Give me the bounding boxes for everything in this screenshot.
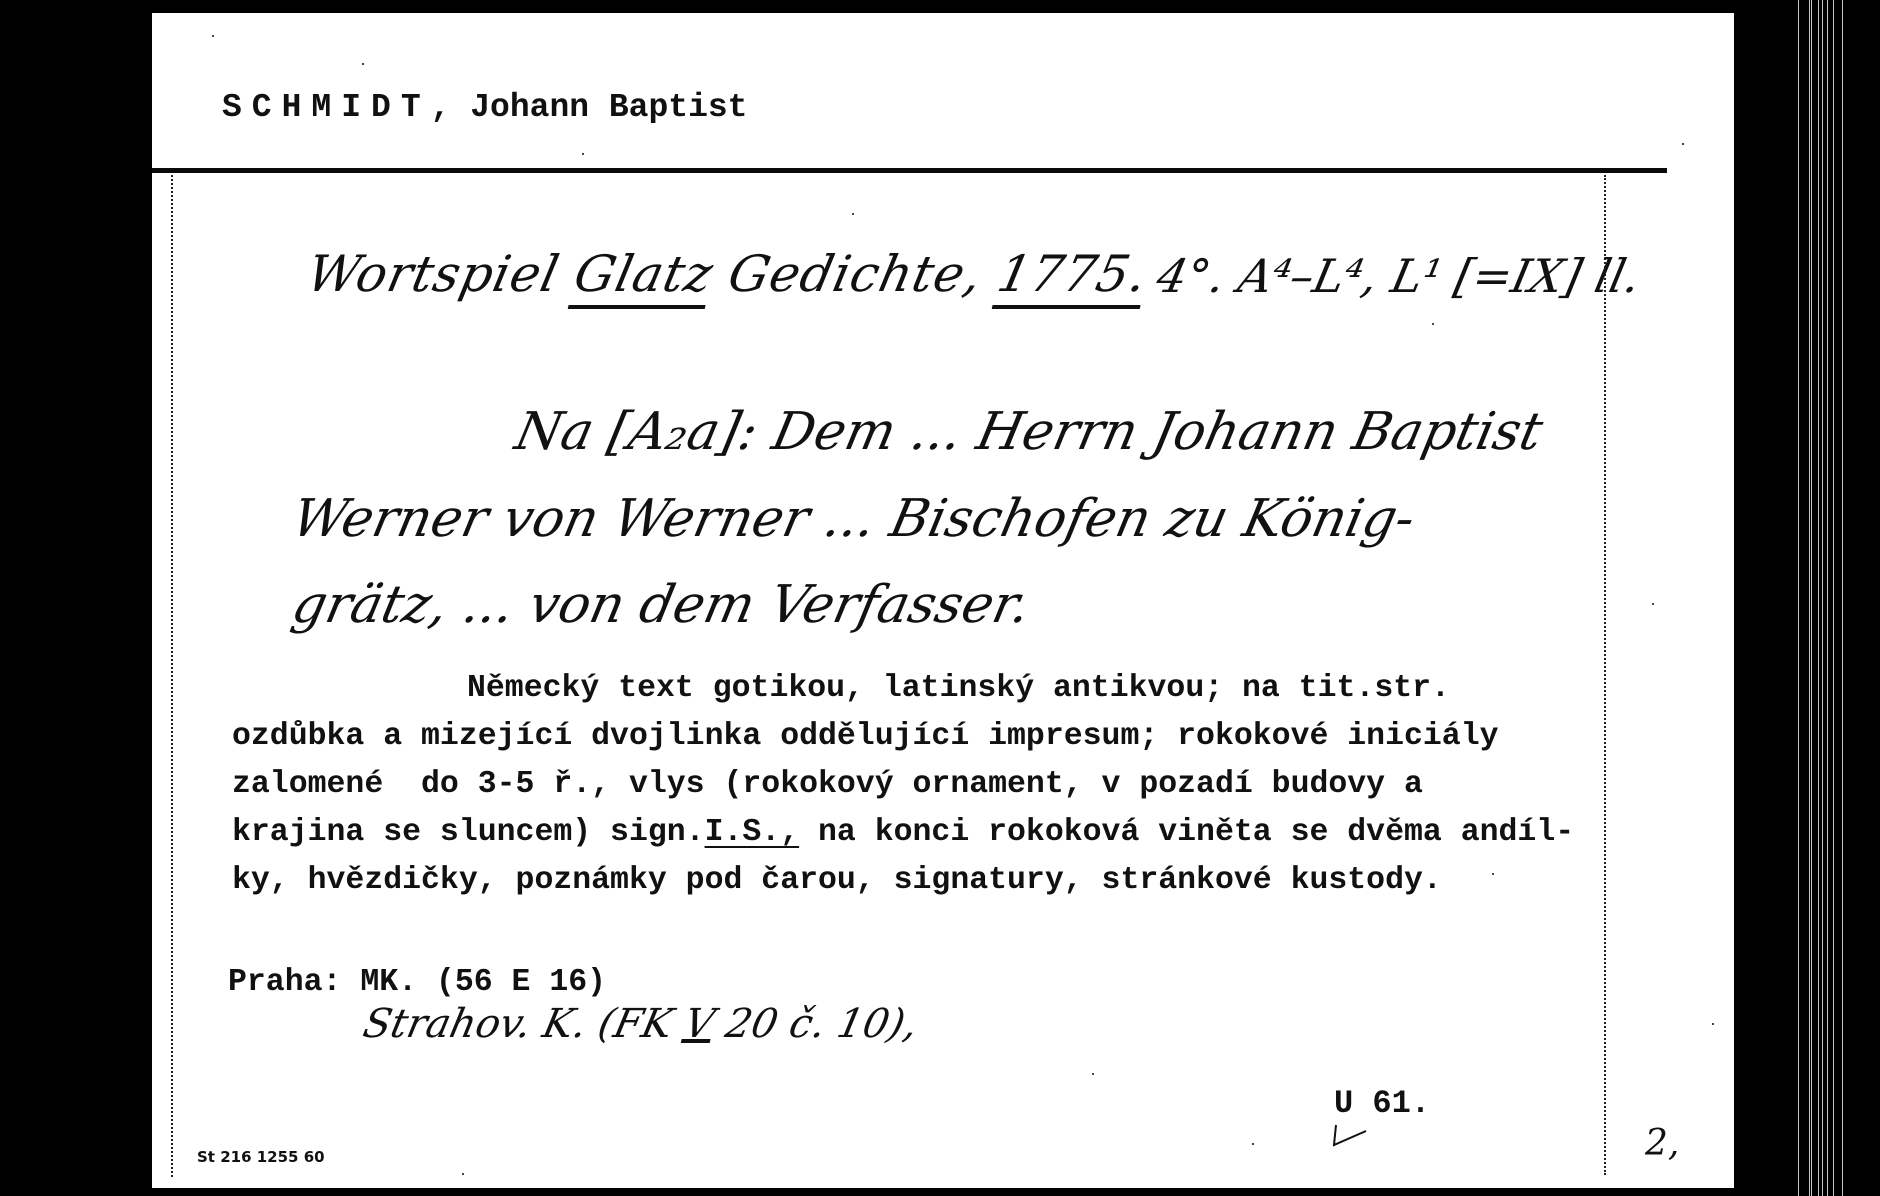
checkmark-icon <box>1332 1123 1372 1147</box>
description-line-4-after: na konci rokoková viněta se dvěma andíl- <box>799 815 1574 850</box>
publication-year: 1775. <box>991 245 1153 309</box>
description-line-4: krajina se sluncem) sign.I.S., na konci … <box>232 809 1574 857</box>
description-line-3: zalomené do 3-5 ř., vlys (rokokový ornam… <box>232 761 1423 809</box>
author-given-names: , Johann Baptist <box>431 89 748 126</box>
header-rule <box>152 168 1667 173</box>
dedication-line-1: Na [A₂a]: Dem ... Herrn Johann Baptist <box>507 388 1551 476</box>
left-margin-line <box>171 175 173 1177</box>
description-line-4-before: krajina se sluncem) sign. <box>232 815 705 850</box>
print-code: St 216 1255 60 <box>197 1148 325 1166</box>
dedication-line-2: Werner von Werner ... Bischofen zu König… <box>284 475 1423 563</box>
signet-underlined: I.S., <box>705 815 800 850</box>
catalog-card: SCHMIDT, Johann Baptist Wortspiel Glatz … <box>152 13 1734 1188</box>
author-surname: SCHMIDT <box>222 89 431 126</box>
scan-artifact-stripes <box>1780 0 1860 1196</box>
description-line-1: Německý text gotikou, latinský antikvou;… <box>467 665 1450 713</box>
holdings-typed: Praha: MK. (56 E 16) <box>228 965 606 1000</box>
dedication-line-3: grätz, ... von dem Verfasser. <box>284 561 1038 649</box>
holdings-hand-after: 20 č. 10), <box>709 1001 922 1047</box>
right-margin-line <box>1604 175 1606 1175</box>
collation: 4°. A⁴–L⁴, L¹ [=IX] ll. <box>1152 249 1646 303</box>
title-part2: Gedichte, <box>706 245 1004 303</box>
holdings-handwritten: Strahov. K. (FK V 20 č. 10), <box>359 1001 922 1047</box>
holdings-hand-before: Strahov. K. (FK <box>359 1001 690 1047</box>
title-underlined: Glatz <box>568 245 719 309</box>
card-number: 2, <box>1645 1123 1679 1164</box>
handwritten-title: Wortspiel Glatz Gedichte, 1775. <box>302 245 1153 303</box>
title-part1: Wortspiel <box>302 245 582 303</box>
card-heading: SCHMIDT, Johann Baptist <box>222 89 747 126</box>
reference-code: U 61. <box>1334 1085 1430 1122</box>
description-line-5: ky, hvězdičky, poznámky pod čarou, signa… <box>232 857 1442 905</box>
description-line-2: ozdůbka a mizející dvojlinka oddělující … <box>232 713 1499 761</box>
